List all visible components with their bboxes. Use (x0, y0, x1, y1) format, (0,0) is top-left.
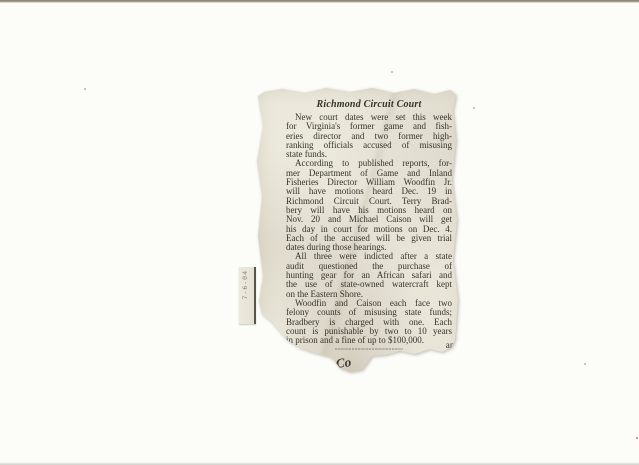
handwritten-date: 7-6-04 (241, 270, 249, 299)
clipping-paper: Richmond Circuit Court New court dates w… (254, 86, 466, 378)
margin-text: an. (446, 341, 457, 351)
newspaper-clipping: Richmond Circuit Court New court dates w… (254, 86, 466, 378)
article-body: Richmond Circuit Court New court dates w… (286, 99, 452, 345)
scanned-page: { "scan": { "background_color": "#fcfcf9… (0, 0, 639, 465)
article-headline: Richmond Circuit Court (286, 99, 452, 111)
article-line: in prison and a fine of up to $100,000. (286, 336, 452, 345)
paper-speck (584, 363, 586, 365)
scanner-top-edge (0, 0, 639, 3)
paper-speck (391, 71, 393, 73)
paper-speck (473, 107, 475, 109)
paper-speck (84, 88, 86, 90)
torn-next-headline-fragment: Co (335, 354, 352, 372)
end-of-article-divider: oooooooooooooooooooooooo (286, 346, 452, 351)
paper-speck (636, 437, 638, 439)
